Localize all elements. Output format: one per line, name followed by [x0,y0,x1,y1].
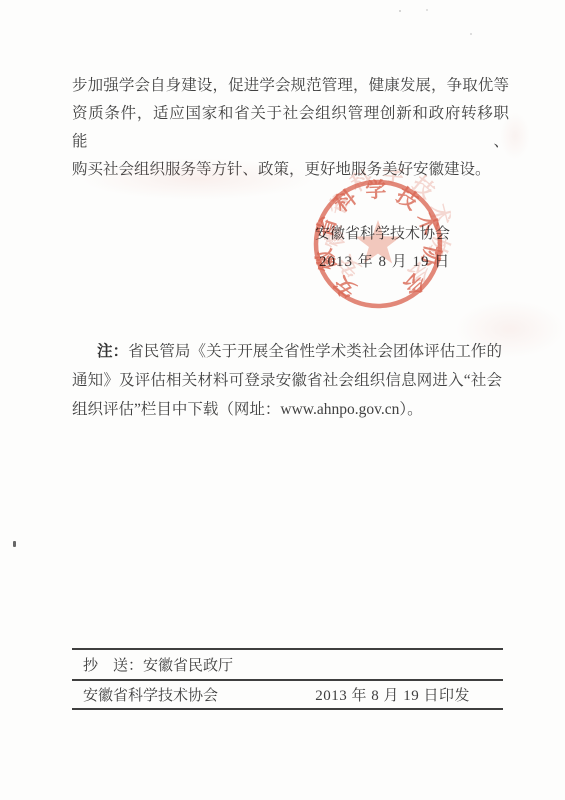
signature-date: 2013 年 8 月 19 日 [315,248,450,276]
scan-speck [399,10,401,12]
scanned-document-page: 步加强学会自身建设，促进学会规范管理，健康发展，争取优等 资质条件，适应国家和省… [0,0,565,800]
scan-speck [426,9,428,11]
paragraph-line-1: 步加强学会自身建设，促进学会规范管理，健康发展，争取优等 [72,72,509,100]
note-paragraph: 注：省民管局《关于开展全省性学术类社会团体评估工作的 通知》及评估相关材料可登录… [72,337,502,424]
cc-line: 抄 送：安徽省民政厅 [83,654,233,675]
note-line-3: 组织评估”栏目中下载（网址：www.ahnpo.gov.cn）。 [72,395,502,424]
footer-rule-bottom [72,708,503,710]
scan-speck [470,33,472,35]
cc-row: 抄 送：安徽省民政厅 [72,650,503,679]
paragraph-line-3: 购买社会组织服务等方针、政策，更好地服务美好安徽建设。 [72,156,509,184]
document-footer: 抄 送：安徽省民政厅 安徽省科学技术协会 2013 年 8 月 19 日印发 [72,648,503,710]
scan-speck [13,541,16,547]
note-line-1-text: 省民管局《关于开展全省性学术类社会团体评估工作的 [128,343,502,360]
note-label: 注： [97,343,128,360]
signature-block: 安徽省科学技术协会 2013 年 8 月 19 日 [315,220,450,276]
note-line-1: 注：省民管局《关于开展全省性学术类社会团体评估工作的 [72,337,502,366]
note-line-2: 通知》及评估相关材料可登录安徽省社会组织信息网进入“社会 [72,366,502,395]
issue-row: 安徽省科学技术协会 2013 年 8 月 19 日印发 [72,681,503,708]
print-date: 2013 年 8 月 19 日印发 [315,684,470,705]
issuer-name: 安徽省科学技术协会 [83,684,218,705]
signature-organization: 安徽省科学技术协会 [315,220,450,248]
body-paragraph: 步加强学会自身建设，促进学会规范管理，健康发展，争取优等 资质条件，适应国家和省… [72,72,509,184]
paragraph-line-2: 资质条件，适应国家和省关于社会组织管理创新和政府转移职能、 [72,100,509,156]
